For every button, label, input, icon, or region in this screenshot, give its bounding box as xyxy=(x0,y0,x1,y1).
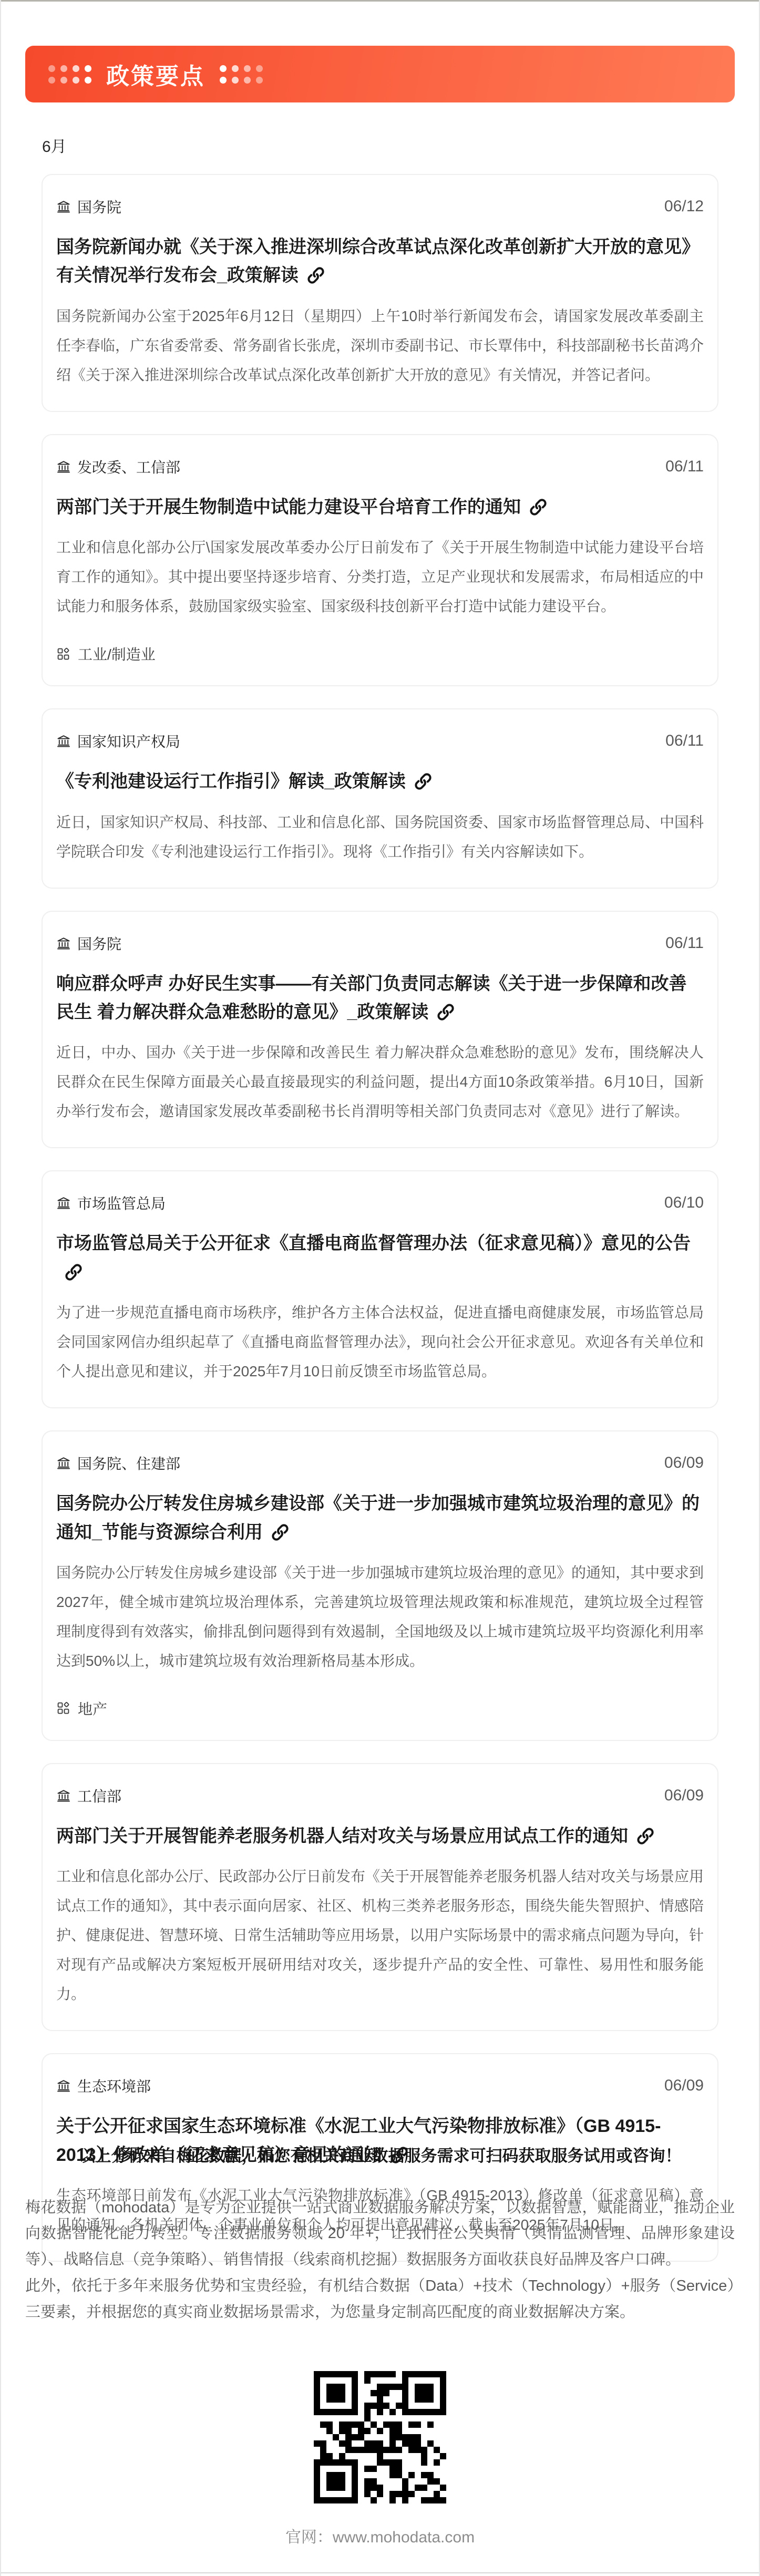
policy-digest-page: 政策要点 6月 国务院 xyxy=(0,0,760,2576)
policy-card: 工信部 06/09 两部门关于开展智能养老服务机器人结对攻关与场景应用试点工作的… xyxy=(42,1763,718,2031)
department: 市场监管总局 xyxy=(56,1192,166,1213)
department-name: 国务院 xyxy=(77,196,121,217)
policy-card: 市场监管总局 06/10 市场监管总局关于公开征求《直播电商监督管理办法（征求意… xyxy=(42,1170,718,1408)
card-body: 近日，国家知识产权局、科技部、工业和信息化部、国务院国资委、国家市场监督管理总局… xyxy=(56,808,704,867)
policy-banner: 政策要点 xyxy=(25,46,735,102)
policy-card: 国家知识产权局 06/11 《专利池建设运行工作指引》解读_政策解读 近日，国家… xyxy=(42,708,718,888)
card-title-text[interactable]: 两部门关于开展生物制造中试能力建设平台培育工作的通知 xyxy=(56,497,521,517)
card-title[interactable]: 国务院新闻办就《关于深入推进深圳综合改革试点深化改革创新扩大开放的意见》有关情况… xyxy=(56,233,704,290)
link-icon[interactable] xyxy=(413,771,433,791)
department: 国务院 xyxy=(56,933,121,954)
card-body: 工业和信息化部办公厅\国家发展改革委办公厅日前发布了《关于开展生物制造中试能力建… xyxy=(56,533,704,621)
card-title[interactable]: 响应群众呼声 办好民生实事——有关部门负责同志解读《关于进一步保障和改善民生 着… xyxy=(56,970,704,1027)
department-name: 国务院 xyxy=(77,933,121,954)
card-title-text[interactable]: 市场监管总局关于公开征求《直播电商监督管理办法（征求意见稿）》意见的公告 xyxy=(56,1233,691,1253)
policy-card: 国务院、住建部 06/09 国务院办公厅转发住房城乡建设部《关于进一步加强城市建… xyxy=(42,1430,718,1741)
card-date: 06/12 xyxy=(664,198,704,215)
card-title-text[interactable]: 国务院办公厅转发住房城乡建设部《关于进一步加强城市建筑垃圾治理的意见》的通知_节… xyxy=(56,1493,700,1542)
card-header: 国务院、住建部 06/09 xyxy=(56,1452,704,1474)
industry-tag[interactable]: 工业/制造业 xyxy=(56,643,704,664)
card-date: 06/10 xyxy=(664,1194,704,1212)
card-body: 为了进一步规范直播电商市场秩序，维护各方主体合法权益，促进直播电商健康发展，市场… xyxy=(56,1298,704,1386)
link-icon[interactable] xyxy=(64,1262,84,1282)
department: 发改委、工信部 xyxy=(56,456,180,477)
card-header: 国家知识产权局 06/11 xyxy=(56,730,704,751)
department-name: 工信部 xyxy=(77,1785,121,1806)
bank-icon xyxy=(56,1196,71,1210)
qr-code xyxy=(314,2371,446,2503)
footer-about-paragraph-2: 此外，依托于多年来服务优势和宝贵经验，有机结合数据（Data）+技术（Techn… xyxy=(25,2273,735,2326)
department-name: 国务院、住建部 xyxy=(77,1452,180,1474)
card-date: 06/11 xyxy=(665,458,704,476)
website-label: 官网：www.mohodata.com xyxy=(1,2524,759,2547)
category-grid-icon xyxy=(56,1701,70,1715)
footer: 以上分析来自梅花数据，如您有相关商业数据服务需求可扫码获取服务试用或咨询！ 梅花… xyxy=(1,2039,759,2547)
card-title[interactable]: 两部门关于开展智能养老服务机器人结对攻关与场景应用试点工作的通知 xyxy=(56,1822,704,1850)
department: 国家知识产权局 xyxy=(56,730,180,751)
month-label: 6月 xyxy=(42,136,759,158)
bank-icon xyxy=(56,459,71,474)
department-name: 市场监管总局 xyxy=(77,1192,166,1213)
qr-code-container xyxy=(1,2371,759,2506)
card-header: 市场监管总局 06/10 xyxy=(56,1192,704,1213)
card-title[interactable]: 两部门关于开展生物制造中试能力建设平台培育工作的通知 xyxy=(56,493,704,521)
banner-dots-right-icon xyxy=(220,65,263,84)
card-title[interactable]: 国务院办公厅转发住房城乡建设部《关于进一步加强城市建筑垃圾治理的意见》的通知_节… xyxy=(56,1489,704,1547)
card-title-text[interactable]: 响应群众呼声 办好民生实事——有关部门负责同志解读《关于进一步保障和改善民生 着… xyxy=(56,974,686,1022)
industry-tag-label: 地产 xyxy=(78,1698,107,1719)
card-title[interactable]: 市场监管总局关于公开征求《直播电商监督管理办法（征求意见稿）》意见的公告 xyxy=(56,1229,704,1286)
card-date: 06/09 xyxy=(664,1787,704,1805)
industry-tag[interactable]: 地产 xyxy=(56,1698,704,1719)
industry-tag-label: 工业/制造业 xyxy=(78,643,156,664)
department: 工信部 xyxy=(56,1785,121,1806)
category-grid-icon xyxy=(56,647,70,661)
link-icon[interactable] xyxy=(635,1826,655,1846)
card-header: 国务院 06/12 xyxy=(56,196,704,217)
card-body: 近日，中办、国办《关于进一步保障和改善民生 着力解决群众急难愁盼的意见》发布，围… xyxy=(56,1038,704,1126)
department: 国务院 xyxy=(56,196,121,217)
bank-icon xyxy=(56,734,71,748)
bottom-divider xyxy=(1,2572,759,2573)
card-header: 国务院 06/11 xyxy=(56,933,704,954)
policy-card: 国务院 06/11 响应群众呼声 办好民生实事——有关部门负责同志解读《关于进一… xyxy=(42,911,718,1149)
card-body: 国务院新闻办公室于2025年6月12日（星期四）上午10时举行新闻发布会，请国家… xyxy=(56,302,704,390)
bank-icon xyxy=(56,936,71,951)
bank-icon xyxy=(56,1456,71,1470)
link-icon[interactable] xyxy=(436,1002,456,1022)
banner-dots-left-icon xyxy=(48,65,91,84)
banner-title: 政策要点 xyxy=(106,57,205,91)
policy-card-list: 国务院 06/12 国务院新闻办就《关于深入推进深圳综合改革试点深化改革创新扩大… xyxy=(1,174,759,2262)
link-icon[interactable] xyxy=(306,265,326,285)
top-divider xyxy=(1,0,759,2)
department: 国务院、住建部 xyxy=(56,1452,180,1474)
card-date: 06/11 xyxy=(665,934,704,952)
card-header: 工信部 06/09 xyxy=(56,1785,704,1806)
card-date: 06/11 xyxy=(665,732,704,750)
link-icon[interactable] xyxy=(270,1522,290,1542)
bank-icon xyxy=(56,199,71,214)
policy-card: 发改委、工信部 06/11 两部门关于开展生物制造中试能力建设平台培育工作的通知… xyxy=(42,434,718,686)
policy-card: 国务院 06/12 国务院新闻办就《关于深入推进深圳综合改革试点深化改革创新扩大… xyxy=(42,174,718,412)
card-title-text[interactable]: 《专利池建设运行工作指引》解读_政策解读 xyxy=(56,771,406,791)
footer-about-paragraph-1: 梅花数据（mohodata）是专为企业提供一站式商业数据服务解决方案，以数据智慧… xyxy=(25,2195,735,2274)
card-body: 国务院办公厅转发住房城乡建设部《关于进一步加强城市建筑垃圾治理的意见》的通知，其… xyxy=(56,1558,704,1676)
card-title[interactable]: 《专利池建设运行工作指引》解读_政策解读 xyxy=(56,767,704,796)
card-date: 06/09 xyxy=(664,1454,704,1472)
department-name: 发改委、工信部 xyxy=(77,456,180,477)
department-name: 国家知识产权局 xyxy=(77,730,180,751)
card-body: 工业和信息化部办公厅、民政部办公厅日前发布《关于开展智能养老服务机器人结对攻关与… xyxy=(56,1862,704,2009)
bank-icon xyxy=(56,1788,71,1803)
footer-cta: 以上分析来自梅花数据，如您有相关商业数据服务需求可扫码获取服务试用或咨询！ xyxy=(38,2144,722,2169)
card-header: 发改委、工信部 06/11 xyxy=(56,456,704,477)
link-icon[interactable] xyxy=(528,497,548,517)
card-title-text[interactable]: 两部门关于开展智能养老服务机器人结对攻关与场景应用试点工作的通知 xyxy=(56,1826,628,1846)
card-title-text[interactable]: 国务院新闻办就《关于深入推进深圳综合改革试点深化改革创新扩大开放的意见》有关情况… xyxy=(56,237,700,285)
